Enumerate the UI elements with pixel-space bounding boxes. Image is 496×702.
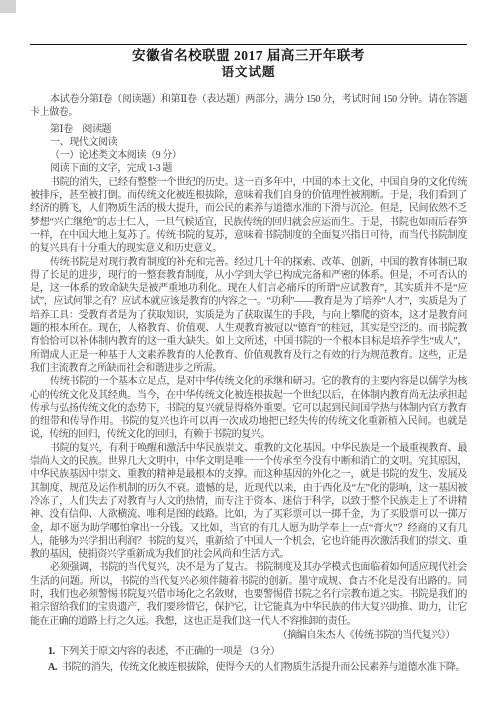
section-heading: 一、现代文阅读 [30, 136, 467, 149]
exam-instructions: 本试卷分第Ⅰ卷（阅读题）和第Ⅱ卷（表达题）两部分，满分 150 分，考试时间 1… [30, 93, 467, 120]
passage-paragraph: 传统书院是对现行教育制度的补充和完善。经过几十年的探索、改革、创新，中国的教育体… [30, 256, 467, 376]
passage-paragraph: 必须强调，书院的当代复兴，决不是为了复古。书院制度及其办学模式也面临着如何适应现… [30, 561, 467, 627]
subsection-heading: （一）论述类文本阅读（9 分） [30, 149, 467, 162]
question-stem-text: 下列关于原文内容的表述，不正确的一项是 （3 分） [60, 646, 280, 657]
option-label: A. [48, 662, 57, 673]
question-1-option-a: A.书院的消失，传统文化被连根拔除，使得今天的人们物质生活提升而公民素养与道德水… [30, 661, 467, 674]
page-subtitle: 语文试题 [30, 65, 467, 79]
scan-artifact-gray-patch [0, 0, 16, 13]
document-body: 本试卷分第Ⅰ卷（阅读题）和第Ⅱ卷（表达题）两部分，满分 150 分，考试时间 1… [30, 93, 467, 675]
question-1: 1.下列关于原文内容的表述，不正确的一项是 （3 分） [30, 645, 467, 658]
task-instruction: 阅读下面的文字，完成 1-3 题 [30, 162, 467, 175]
passage-paragraph: 书院的消失，已经有整整一个世纪的历史。这一百多年中，中国的本土文化，中国自身的文… [30, 176, 467, 256]
page-title: 安徽省名校联盟 2017 届高三开年联考 [30, 48, 467, 64]
question-number: 1. [48, 646, 55, 657]
passage-paragraph: 书院的复兴，有利于唤醒和激活中华民族崇文、重教的文化基因。中华民族是一个最重视教… [30, 442, 467, 562]
top-divider-rule [30, 44, 467, 45]
option-text: 书院的消失，传统文化被连根拔除，使得今天的人们物质生活提升而公民素养与道德水准下… [62, 662, 465, 673]
volume-heading: 第Ⅰ卷 阅读题 [30, 123, 467, 136]
passage-attribution: （摘编自朱杰人《传统书院的当代复兴》） [30, 629, 467, 642]
passage-paragraph: 传统书院的一个基本立足点，是对中华传统文化的承继和研习。它的教育的主要内容是以儒… [30, 375, 467, 441]
exam-paper-page: 安徽省名校联盟 2017 届高三开年联考 语文试题 本试卷分第Ⅰ卷（阅读题）和第… [0, 44, 496, 675]
